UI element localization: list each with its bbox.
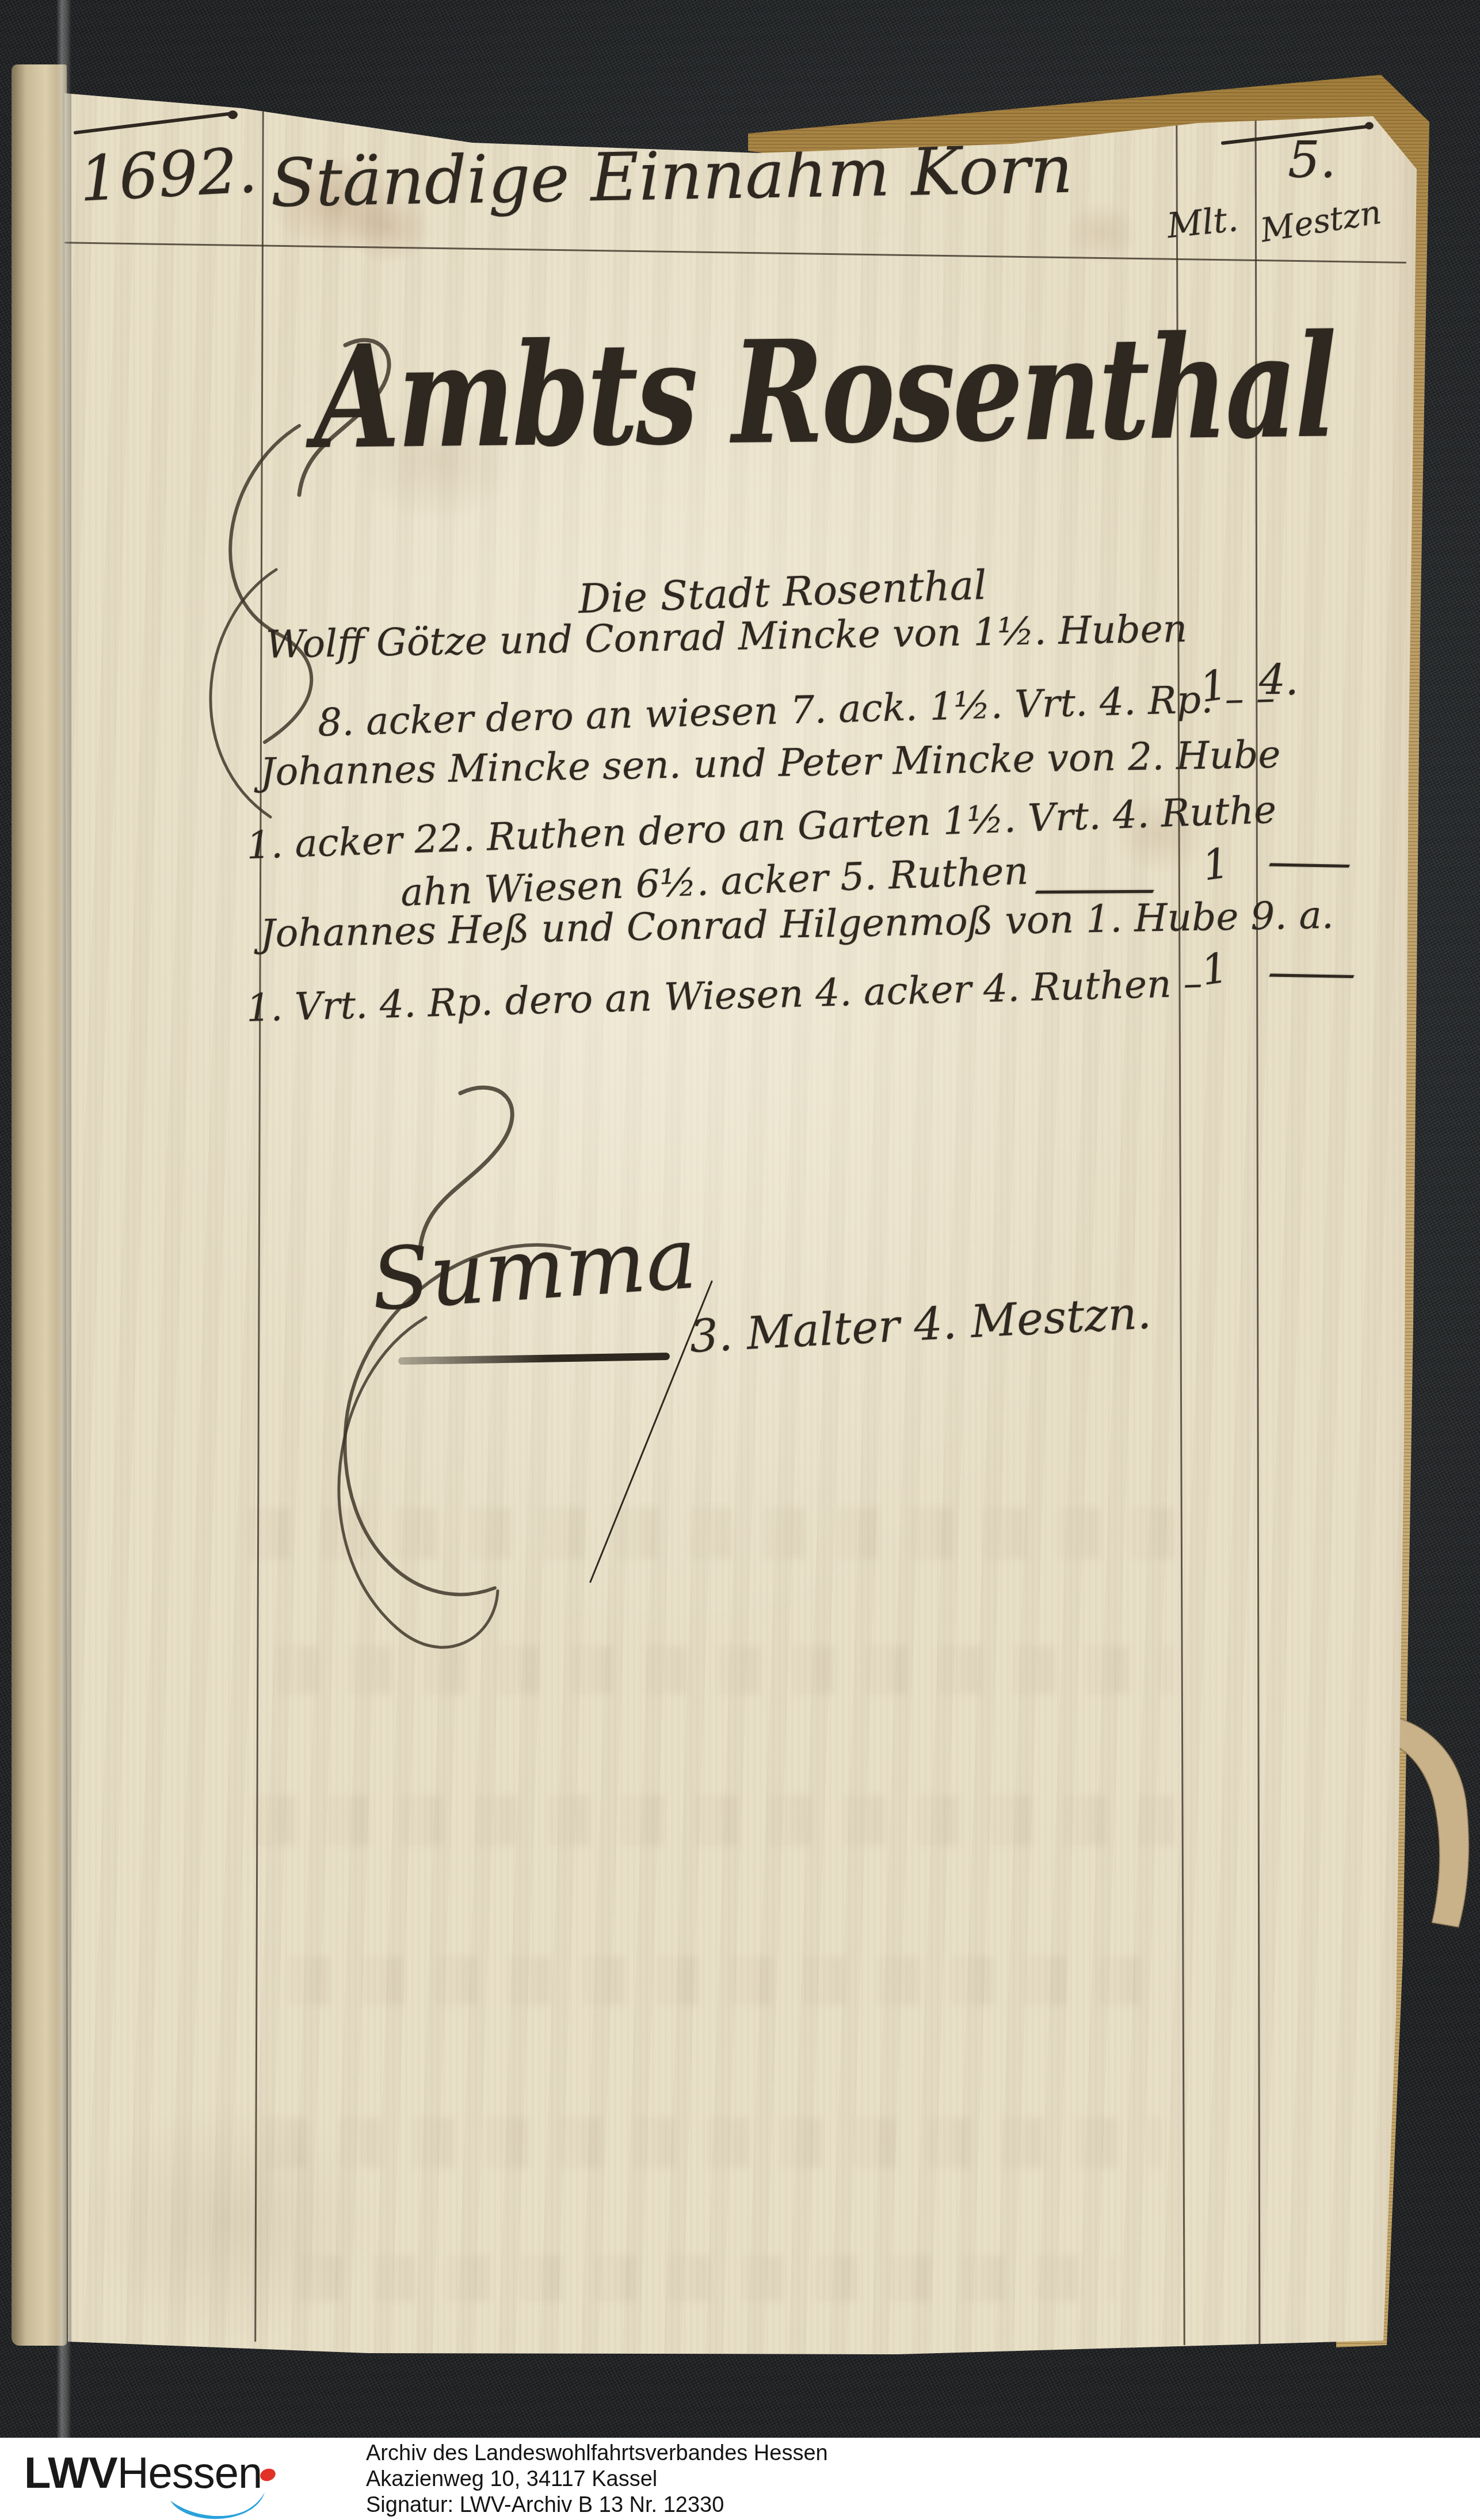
page-number-flourish-dot (1365, 122, 1374, 129)
entry-malter-value: 1 (1198, 943, 1231, 995)
scanned-manuscript-page: 1692. Ständige Einnahm Korn 5. Mlt. Mest… (0, 0, 1480, 2520)
year-flourish-dot (228, 110, 238, 119)
entry-mesten-value: 4. (1259, 656, 1299, 704)
column-header-mesten: Mestzn (1258, 193, 1384, 250)
year-label: 1692. (78, 135, 259, 216)
summa-value: 3. Malter 4. Mestzn. (688, 1287, 1152, 1363)
year-flourish-stroke (74, 112, 234, 135)
manuscript-paper: 1692. Ständige Einnahm Korn 5. Mlt. Mest… (0, 0, 1480, 2520)
archive-address-block: Archiv des Landeswohlfahrtsverbandes Hes… (366, 2441, 828, 2518)
paper-stain (1065, 201, 1139, 265)
entry-malter-value: 1 (1199, 838, 1232, 890)
lwv-hessen-logo: LWVHessen (24, 2452, 262, 2495)
entry-mesten-value: — (1264, 945, 1360, 1000)
column-header-malter: Mlt. (1165, 199, 1240, 247)
verso-show-through (253, 1795, 1174, 1846)
entry-mesten-value: — (1264, 834, 1355, 889)
summa-flourish (247, 1070, 662, 1738)
logo-lwv-text: LWV (24, 2449, 117, 2498)
logo-blue-swoosh-icon (168, 2491, 267, 2520)
glass-clamp-bar (56, 0, 71, 2438)
archive-signature: Signatur: LWV-Archiv B 13 Nr. 12330 (366, 2492, 828, 2518)
district-title: Ambts Rosenthal (314, 304, 1335, 481)
logo-hessen-text: Hessen (117, 2449, 262, 2498)
archive-address: Akazienweg 10, 34117 Kassel (366, 2466, 828, 2492)
archive-footer: LWVHessen Archiv des Landeswohlfahrtsver… (0, 2438, 1480, 2520)
page-number: 5. (1288, 130, 1336, 189)
header-rule-line (53, 242, 1406, 264)
verso-show-through (288, 1956, 1151, 2005)
verso-show-through (299, 2255, 1116, 2301)
archive-name: Archiv des Landeswohlfahrtsverbandes Hes… (366, 2441, 828, 2466)
verso-show-through (265, 2117, 1162, 2168)
